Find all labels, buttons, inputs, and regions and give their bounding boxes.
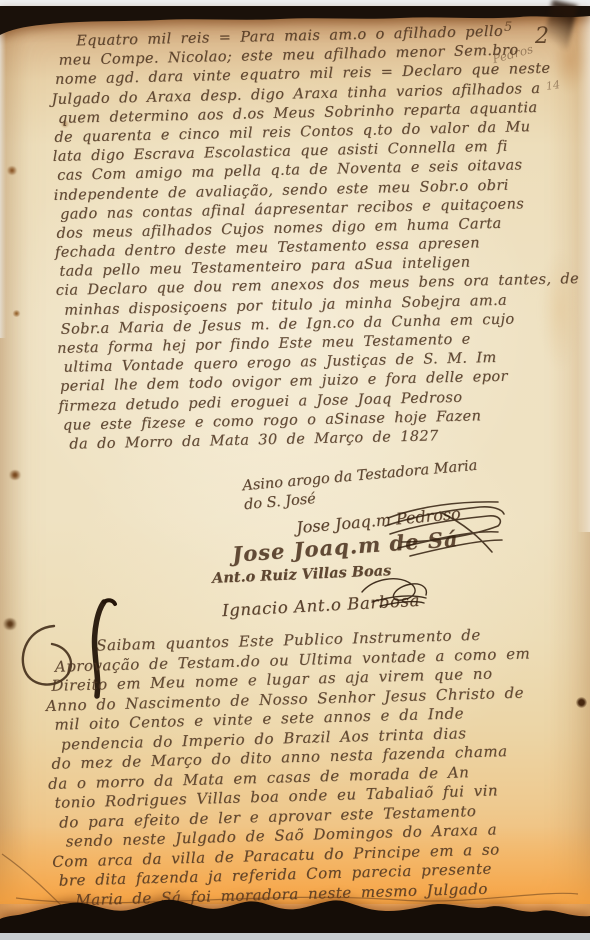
burnt-bottom-edge [0, 893, 590, 940]
burnt-top-edge [0, 6, 590, 44]
margin-note-small: 14 [545, 78, 561, 93]
testament-text-block: Equatro mil reis = Para mais am.o o afil… [50, 22, 583, 456]
approval-text-block: Saibam quantos Este Publico Instrumento … [44, 624, 537, 910]
manuscript-photo: Equatro mil reis = Para mais am.o o afil… [0, 0, 590, 940]
